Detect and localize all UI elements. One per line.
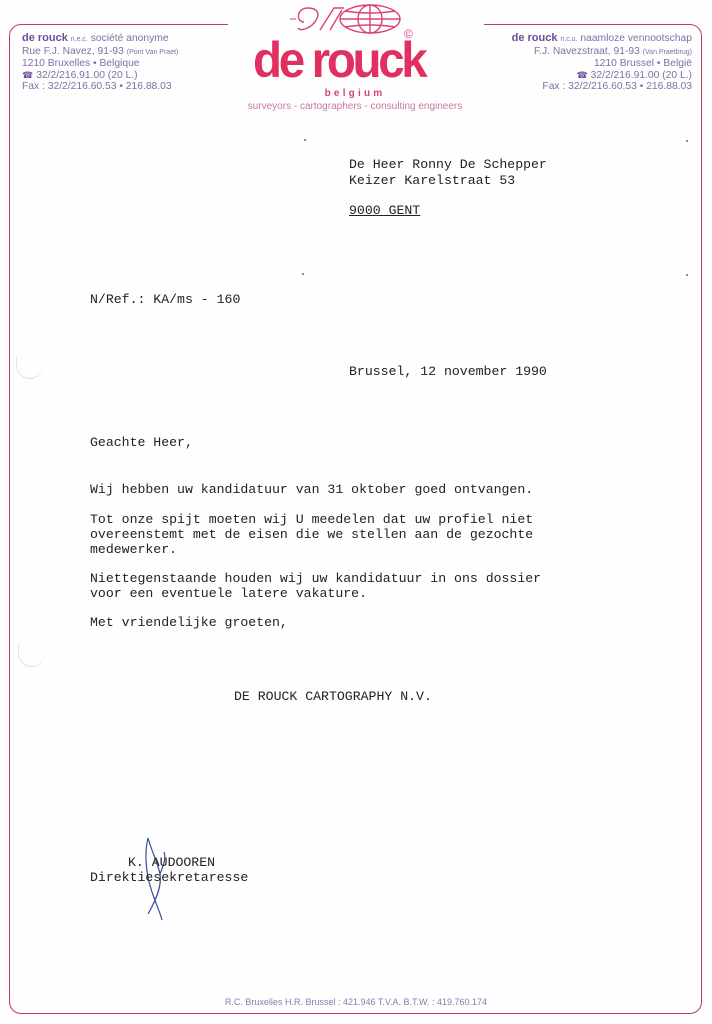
company-signature: DE ROUCK CARTOGRAPHY N.V.	[234, 689, 432, 705]
telephone-icon: ☎	[22, 70, 33, 82]
recipient-city: 9000 GENT	[349, 203, 420, 219]
brand-name-left: de rouck	[22, 32, 68, 44]
fax-right: Fax : 32/2/216.60.53 • 216.88.03	[512, 81, 692, 93]
body-paragraph-3-line-1: Niettegenstaande houden wij uw kandidatu…	[90, 571, 541, 587]
legal-form-abbr-left: n.e.c.	[71, 36, 88, 43]
letterhead-left: de rouck n.e.c. société anonyme Rue F.J.…	[22, 33, 178, 93]
signatory-title: Direktiesekretaresse	[90, 870, 248, 886]
brand-name-right: de rouck	[512, 32, 558, 44]
body-paragraph-2-line-2: overeenstemt met de eisen die we stellen…	[90, 527, 533, 543]
recipient-name: De Heer Ronny De Schepper	[349, 157, 547, 173]
closing: Met vriendelijke groeten,	[90, 615, 288, 631]
paper-mark	[686, 140, 688, 142]
street-note-right: (Van Praetbrug)	[643, 49, 692, 56]
globe-monogram-icon	[290, 2, 408, 36]
fax-left: Fax : 32/2/216.60.53 • 216.88.03	[22, 81, 178, 93]
company-registration-footer: R.C. Bruxelles H.R. Brussel : 421.946 T.…	[0, 997, 712, 1007]
paper-mark	[304, 139, 306, 141]
logo-tagline: surveyors - cartographers - consulting e…	[230, 101, 480, 112]
body-paragraph-2-line-3: medewerker.	[90, 542, 177, 558]
salutation: Geachte Heer,	[90, 435, 193, 451]
phone-left: 32/2/216.91.00 (20 L.)	[36, 70, 137, 81]
legal-form-left: société anonyme	[91, 33, 169, 44]
street-right: F.J. Navezstraat, 91-93	[534, 46, 640, 57]
telephone-icon: ☎	[576, 70, 587, 82]
street-left: Rue F.J. Navez, 91-93	[22, 46, 124, 57]
street-note-left: (Pont Van Praet)	[127, 49, 179, 56]
city-left: 1210 Bruxelles • Belgique	[22, 58, 178, 70]
legal-form-right: naamloze vennootschap	[580, 33, 692, 44]
paper-mark	[302, 273, 304, 275]
letterhead-right: de rouck n.c.u. naamloze vennootschap F.…	[512, 33, 692, 93]
place-date: Brussel, 12 november 1990	[349, 364, 547, 380]
company-logo: © de rouck belgium surveyors - cartograp…	[230, 2, 480, 114]
paper-mark	[686, 274, 688, 276]
legal-form-abbr-right: n.c.u.	[560, 36, 577, 43]
body-paragraph-1: Wij hebben uw kandidatuur van 31 oktober…	[90, 482, 533, 498]
recipient-street: Keizer Karelstraat 53	[349, 173, 515, 189]
reference: N/Ref.: KA/ms - 160	[90, 292, 240, 308]
logo-country: belgium	[230, 88, 480, 99]
logo-wordmark: de rouck	[253, 35, 424, 85]
signatory-name: K. AUDOOREN	[128, 855, 215, 871]
letter-page: de rouck n.e.c. société anonyme Rue F.J.…	[0, 0, 712, 1024]
body-paragraph-3-line-2: voor een eventuele latere vakature.	[90, 586, 367, 602]
city-right: 1210 Brussel • België	[512, 58, 692, 70]
phone-right: 32/2/216.91.00 (20 L.)	[591, 70, 692, 81]
body-paragraph-2-line-1: Tot onze spijt moeten wij U meedelen dat…	[90, 512, 533, 528]
